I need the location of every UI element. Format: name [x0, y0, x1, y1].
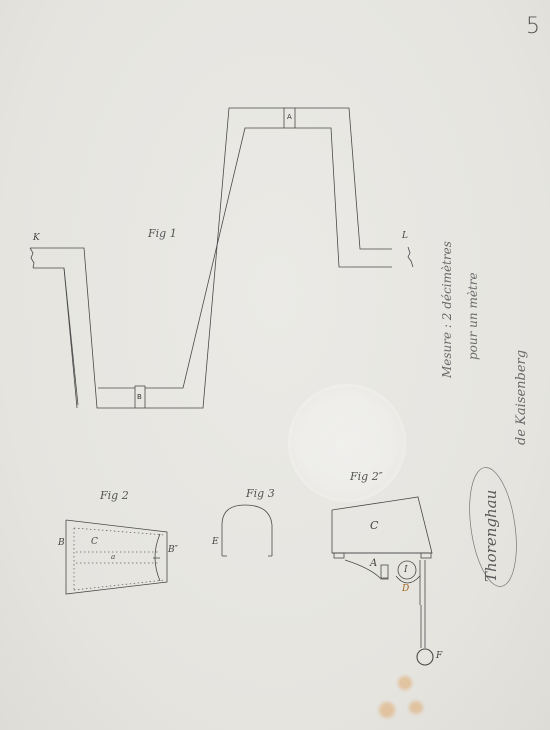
fig1-title: Fig 1: [148, 228, 177, 239]
fig1-label-b: B: [137, 394, 142, 401]
fig3-drawing: [222, 505, 272, 556]
fig2b-title: Fig 2″: [350, 471, 383, 482]
fig2b-label-c: C: [370, 520, 378, 531]
fig2-title: Fig 2: [100, 490, 129, 501]
fig3-title: Fig 3: [246, 488, 275, 499]
fig2-label-center: a: [111, 554, 115, 561]
page-number: 5: [526, 14, 540, 39]
scale-annotation-line2: pour un mètre: [466, 272, 480, 360]
fig1-label-k: K: [33, 234, 40, 243]
fig3-label-e: E: [212, 538, 219, 547]
fig2-label-b2: B″: [168, 546, 178, 555]
fig2b-label-f: F: [436, 652, 442, 661]
fig2b-label-d: D: [402, 585, 409, 594]
signature-suffix: de Kaisenberg: [514, 350, 529, 445]
fig2b-label-i: I: [404, 566, 408, 575]
fig1-label-a: A: [287, 114, 292, 121]
fig2-label-b: B: [58, 539, 65, 548]
document-page: 5 Fig 1 K L A B Fig 2 B C B″ a Fig 3 E F…: [0, 0, 550, 730]
fig1-label-l: L: [402, 232, 408, 241]
signature: Thorenghau: [482, 490, 500, 582]
drawing-canvas: [0, 0, 550, 730]
fig2-drawing: [66, 520, 167, 594]
fig2b-label-a: A: [370, 559, 377, 569]
fig2-label-c: C: [91, 538, 98, 547]
scale-annotation-line1: Mesure : 2 décimètres: [440, 241, 454, 378]
fig2b-drawing: [332, 497, 433, 665]
fig1-pipe-drawing: [30, 108, 413, 408]
